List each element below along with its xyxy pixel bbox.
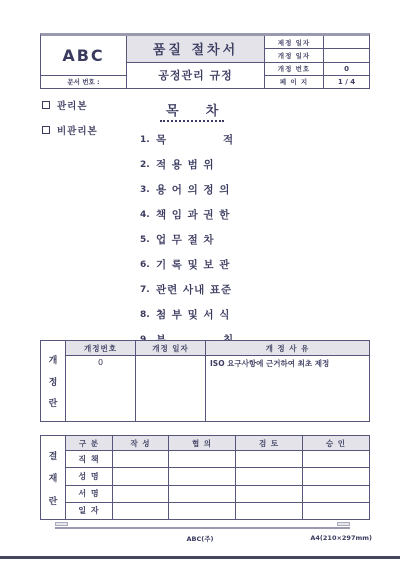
toc-item: 6.기 록 및 보 관 bbox=[140, 253, 340, 278]
empty-cell bbox=[169, 468, 235, 484]
empty-cell bbox=[169, 503, 235, 519]
footer-divider bbox=[55, 527, 350, 529]
field-label-revision-number: 개정 번호 bbox=[265, 63, 323, 75]
side-label-char: 란 bbox=[49, 396, 58, 409]
copy-type-section: 관리본 비관리본 bbox=[42, 97, 98, 147]
approval-row-name-label: 성 명 bbox=[66, 468, 112, 484]
empty-cell bbox=[169, 451, 235, 467]
toc-item: 5.업 무 절 차 bbox=[140, 228, 340, 253]
revision-table: 개 정 란 개정번호 개정 일자 개 정 사 유 0 ISO 요구사항에 근거하… bbox=[40, 340, 370, 422]
side-label-char: 정 bbox=[49, 375, 58, 388]
toc-item-number: 8. bbox=[140, 303, 156, 328]
approval-header-review: 검 토 bbox=[236, 436, 302, 450]
revision-reason-cell: ISO 요구사항에 근거하여 최초 제정 bbox=[206, 356, 369, 421]
controlled-copy-label: 관리본 bbox=[57, 98, 88, 112]
empty-cell bbox=[236, 503, 302, 519]
approval-row-date-label: 일 자 bbox=[66, 503, 112, 519]
toc-item-number: 5. bbox=[140, 228, 156, 253]
side-label-char: 결 bbox=[49, 449, 58, 462]
approval-row-position-label: 직 책 bbox=[66, 451, 112, 467]
toc-item: 8.첨 부 및 서 식 bbox=[140, 303, 340, 328]
controlled-copy-row: 관리본 bbox=[42, 97, 98, 113]
empty-cell bbox=[113, 468, 168, 484]
field-value-revision-date bbox=[324, 49, 369, 61]
controlled-copy-checkbox[interactable] bbox=[42, 101, 50, 109]
toc-items: 1.목 적 2.적 용 범 위 3.용 어 의 정 의 4.책 임 과 권 한 … bbox=[140, 128, 340, 353]
field-label-revision-date: 개정 일자 bbox=[265, 49, 323, 61]
toc-item-text: 적 용 범 위 bbox=[156, 153, 215, 178]
approval-header-approve: 승 인 bbox=[303, 436, 369, 450]
empty-cell bbox=[113, 503, 168, 519]
toc-item-text: 관련 사내 표준 bbox=[156, 278, 232, 303]
document-subtitle: 공정관리 규정 bbox=[127, 63, 264, 89]
toc-item-number: 3. bbox=[140, 178, 156, 203]
field-value-revision-number: 0 bbox=[324, 63, 369, 75]
toc-item-number: 1. bbox=[140, 128, 156, 153]
revision-date-cell bbox=[136, 356, 205, 421]
empty-cell bbox=[303, 468, 369, 484]
uncontrolled-copy-label: 비관리본 bbox=[57, 123, 98, 137]
toc-item-text: 용 어 의 정 의 bbox=[156, 178, 230, 203]
document-title: 품질 절차서 bbox=[127, 36, 264, 62]
empty-cell bbox=[236, 451, 302, 467]
toc-item: 3.용 어 의 정 의 bbox=[140, 178, 340, 203]
bottom-edge-line bbox=[0, 556, 400, 559]
revision-number-cell: 0 bbox=[66, 356, 135, 421]
toc-title: 목 차 bbox=[160, 100, 224, 122]
empty-cell bbox=[236, 486, 302, 502]
field-value-establish-date bbox=[324, 36, 369, 48]
approval-table-side-label: 결 재 란 bbox=[41, 436, 65, 519]
approval-table: 결 재 란 구 분 작 성 협 의 검 토 승 인 직 책 성 명 서 명 일 … bbox=[40, 435, 370, 520]
empty-cell bbox=[113, 451, 168, 467]
doc-number-label: 문서 번호 : bbox=[41, 76, 126, 88]
toc-item-number: 2. bbox=[140, 153, 156, 178]
revision-col-reason-header: 개 정 사 유 bbox=[206, 341, 369, 355]
approval-header-consult: 협 의 bbox=[169, 436, 235, 450]
toc-item-text: 첨 부 및 서 식 bbox=[156, 303, 230, 328]
approval-header-category: 구 분 bbox=[66, 436, 112, 450]
toc-item-text: 업 무 절 차 bbox=[156, 228, 215, 253]
side-label-char: 란 bbox=[49, 494, 58, 507]
table-of-contents: 목 차 1.목 적 2.적 용 범 위 3.용 어 의 정 의 4.책 임 과 … bbox=[140, 100, 340, 353]
empty-cell bbox=[303, 451, 369, 467]
toc-item: 7.관련 사내 표준 bbox=[140, 278, 340, 303]
toc-item: 4.책 임 과 권 한 bbox=[140, 203, 340, 228]
toc-item: 2.적 용 범 위 bbox=[140, 153, 340, 178]
toc-item-text: 목 적 bbox=[156, 128, 234, 153]
empty-cell bbox=[236, 468, 302, 484]
toc-item-number: 4. bbox=[140, 203, 156, 228]
toc-item: 1.목 적 bbox=[140, 128, 340, 153]
field-value-page: 1 / 4 bbox=[324, 76, 369, 88]
footer-divider-right-tab bbox=[337, 522, 350, 526]
side-label-char: 개 bbox=[49, 353, 58, 366]
revision-table-side-label: 개 정 란 bbox=[41, 341, 65, 421]
approval-row-signature-label: 서 명 bbox=[66, 486, 112, 502]
side-label-char: 재 bbox=[49, 471, 58, 484]
revision-col-number-header: 개정번호 bbox=[66, 341, 135, 355]
empty-cell bbox=[303, 503, 369, 519]
approval-header-prepare: 작 성 bbox=[113, 436, 168, 450]
document-page: ABC 품질 절차서 제정 일자 개정 일자 공정관리 규정 개정 번호 0 문… bbox=[0, 0, 400, 565]
toc-item-number: 7. bbox=[140, 278, 156, 303]
empty-cell bbox=[169, 486, 235, 502]
footer-paper-size: A4(210×297mm) bbox=[310, 534, 372, 542]
uncontrolled-copy-checkbox[interactable] bbox=[42, 126, 50, 134]
footer-divider-left-tab bbox=[55, 522, 68, 526]
toc-item-text: 기 록 및 보 관 bbox=[156, 253, 230, 278]
empty-cell bbox=[113, 486, 168, 502]
company-logo: ABC bbox=[41, 36, 126, 75]
toc-item-text: 책 임 과 권 한 bbox=[156, 203, 230, 228]
toc-item-number: 6. bbox=[140, 253, 156, 278]
empty-cell bbox=[303, 486, 369, 502]
header-table: ABC 품질 절차서 제정 일자 개정 일자 공정관리 규정 개정 번호 0 문… bbox=[40, 33, 370, 89]
uncontrolled-copy-row: 비관리본 bbox=[42, 122, 98, 138]
field-label-establish-date: 제정 일자 bbox=[265, 36, 323, 48]
revision-col-date-header: 개정 일자 bbox=[136, 341, 205, 355]
field-label-page: 페 이 지 bbox=[265, 76, 323, 88]
